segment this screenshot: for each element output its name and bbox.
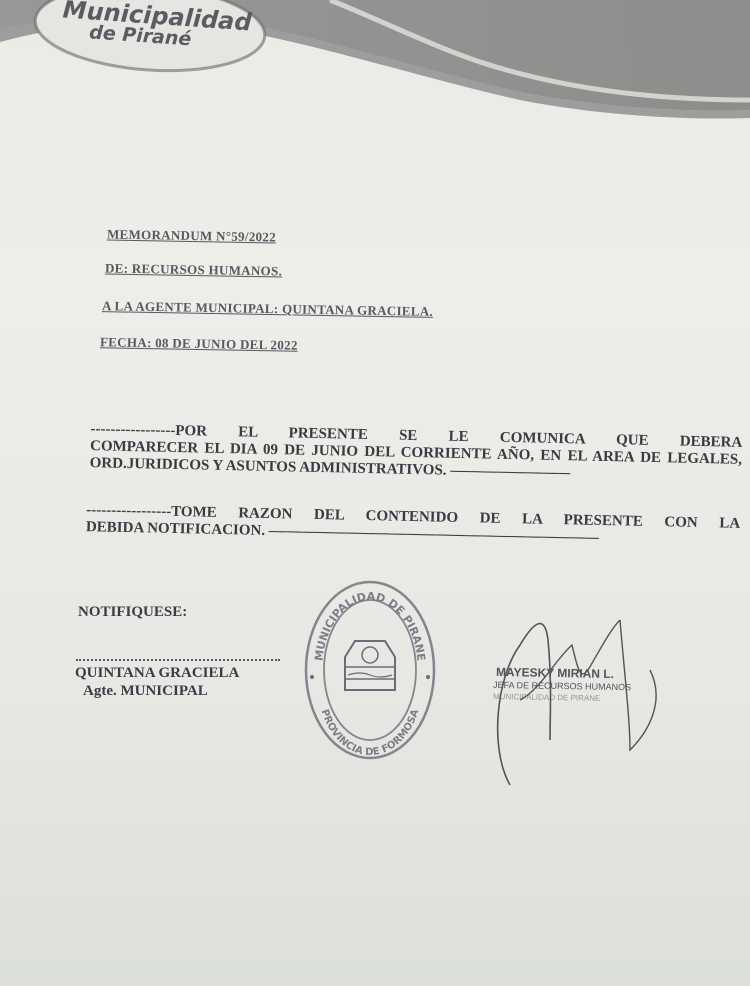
memo-to: A LA AGENTE MUNICIPAL: QUINTANA GRACIELA… <box>102 298 433 320</box>
memo-from: DE: RECURSOS HUMANOS. <box>105 260 282 279</box>
memo-date: FECHA: 08 DE JUNIO DEL 2022 <box>100 334 298 353</box>
recipient-name: QUINTANA GRACIELA <box>75 665 239 682</box>
signature-dotted-line <box>76 659 280 661</box>
body-paragraph-2: -----------------TOME RAZON DEL CONTENID… <box>86 502 741 550</box>
recipient-role: Agte. MUNICIPAL <box>83 683 208 700</box>
memo-number: MEMORANDUM N°59/2022 <box>107 227 276 246</box>
notify-label: NOTIFIQUESE: <box>78 604 187 621</box>
body-paragraph-1: -----------------POR EL PRESENTE SE LE C… <box>90 421 743 486</box>
official-seal-stamp: MUNICIPALIDAD DE PIRANE PROVINCIA DE FOR… <box>300 575 440 765</box>
signatory-name: MAYESKY MIRIAN L. <box>496 665 614 681</box>
signatory-org: MUNICIPALIDAD DE PIRANE <box>493 692 601 703</box>
